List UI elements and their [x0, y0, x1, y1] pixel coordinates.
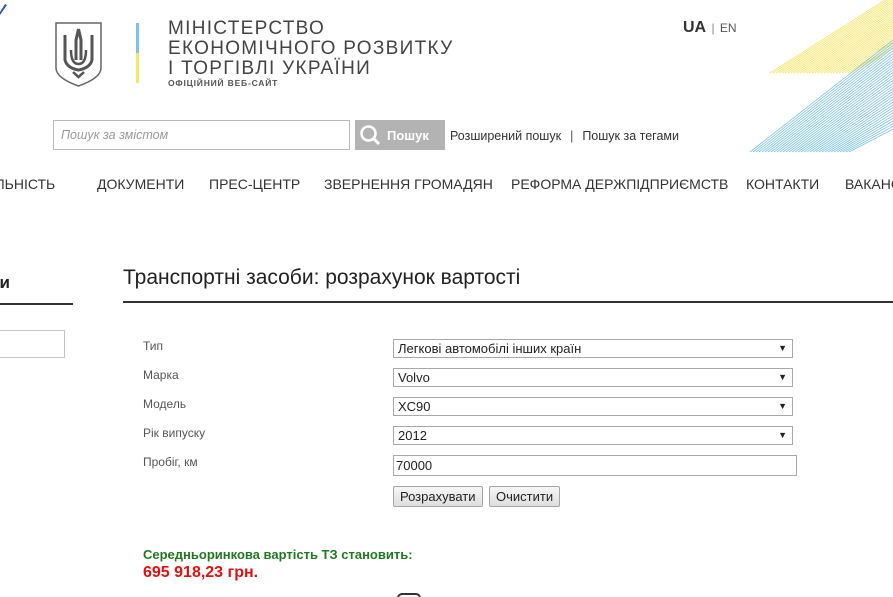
label-type: Тип: [143, 339, 163, 353]
result-value: 695 918,23 грн.: [143, 564, 258, 582]
coat-of-arms-icon[interactable]: [53, 20, 104, 88]
search-links: Розширений пошук|Пошук за тегами: [450, 129, 679, 143]
corner-logo-fragment-icon: [0, 4, 8, 16]
breadcrumb: Транспортні засоби: розрахунок вартості: [0, 223, 236, 235]
ministry-line-3: І ТОРГІВЛІ УКРАЇНИ: [168, 59, 453, 79]
model-select-value: XC90: [398, 399, 431, 414]
language-switcher: UA | EN: [683, 19, 737, 37]
label-mileage: Пробіг, км: [143, 455, 198, 469]
dropdown-arrow-icon: ▼: [778, 369, 787, 386]
clear-button[interactable]: Очистити: [489, 486, 560, 507]
make-select-value: Volvo: [398, 370, 430, 385]
label-make: Марка: [143, 368, 179, 382]
sidebar-divider: [0, 303, 73, 305]
type-select[interactable]: Легкові автомобілі інших країн ▼: [393, 339, 793, 358]
dropdown-arrow-icon: ▼: [778, 427, 787, 444]
label-year: Рік випуску: [143, 426, 205, 440]
lang-separator: |: [711, 21, 714, 35]
nav-item-press-center[interactable]: ПРЕС-ЦЕНТР: [209, 176, 300, 192]
advanced-search-link[interactable]: Розширений пошук: [450, 129, 561, 143]
lang-ua[interactable]: UA: [683, 19, 706, 36]
calculate-button[interactable]: Розрахувати: [393, 486, 483, 507]
type-select-value: Легкові автомобілі інших країн: [398, 341, 581, 356]
title-divider: [123, 301, 893, 303]
nav-item-contacts[interactable]: КОНТАКТИ: [746, 176, 819, 192]
ministry-name[interactable]: МІНІСТЕРСТВО ЕКОНОМІЧНОГО РОЗВИТКУ І ТОР…: [168, 19, 453, 88]
mileage-input[interactable]: [393, 455, 797, 476]
lang-en[interactable]: EN: [720, 21, 737, 35]
decorative-stripes-icon: [745, 0, 893, 155]
search-icon: [359, 124, 381, 146]
model-select[interactable]: XC90 ▼: [393, 397, 793, 416]
result-label: Середньоринкова вартість ТЗ становить:: [143, 547, 413, 562]
nav-item-activity[interactable]: ДІЯЛЬНІСТЬ: [0, 176, 55, 192]
dropdown-arrow-icon: ▼: [778, 340, 787, 357]
nav-item-vacancies[interactable]: ВАКАНСІЇ: [845, 176, 893, 192]
dropdown-arrow-icon: ▼: [778, 398, 787, 415]
flag-divider: [136, 23, 139, 83]
make-select[interactable]: Volvo ▼: [393, 368, 793, 387]
site-subtitle: ОФІЦІЙНИЙ ВЕБ-САЙТ: [168, 78, 453, 88]
year-select[interactable]: 2012 ▼: [393, 426, 793, 445]
ministry-line-2: ЕКОНОМІЧНОГО РОЗВИТКУ: [168, 39, 453, 59]
nav-item-state-enterprise-reform[interactable]: РЕФОРМА ДЕРЖПІДПРИЄМСТВ: [511, 176, 728, 192]
search-button[interactable]: Пошук: [355, 120, 445, 150]
tag-search-link[interactable]: Пошук за тегами: [582, 129, 679, 143]
label-model: Модель: [143, 397, 186, 411]
sidebar-date-input[interactable]: [0, 330, 65, 358]
ministry-line-1: МІНІСТЕРСТВО: [168, 19, 453, 39]
nav-item-documents[interactable]: ДОКУМЕНТИ: [97, 176, 184, 192]
partially-visible-icon: [397, 593, 421, 597]
search-links-separator: |: [570, 129, 573, 143]
page-title: Транспортні засоби: розрахунок вартості: [123, 266, 520, 290]
nav-item-citizen-appeals[interactable]: ЗВЕРНЕННЯ ГРОМАДЯН: [324, 176, 493, 192]
year-select-value: 2012: [398, 428, 427, 443]
search-button-label: Пошук: [387, 128, 429, 143]
search-input[interactable]: [53, 120, 350, 150]
